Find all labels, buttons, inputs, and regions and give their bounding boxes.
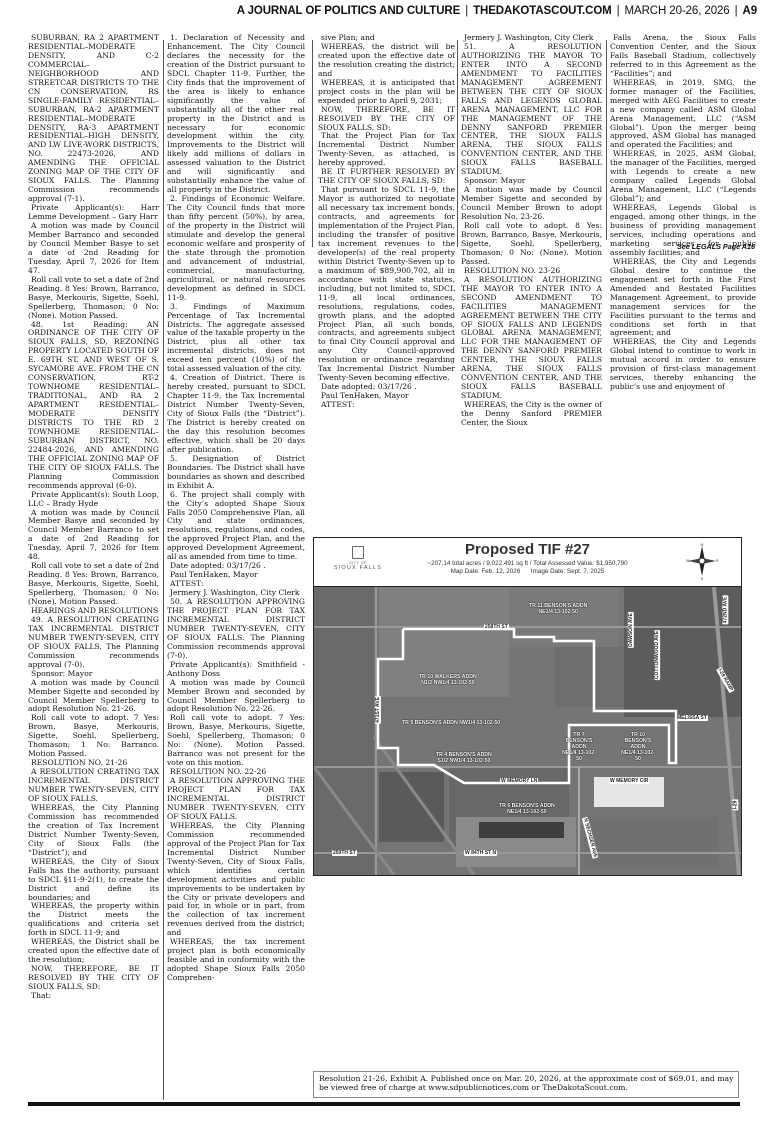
road-label: MELISSA ST <box>676 715 708 721</box>
paragraph: WHEREAS, the City Planning Commission ha… <box>28 804 159 858</box>
aerial-photo <box>314 587 741 875</box>
journal-tagline: A JOURNAL OF POLITICS AND CULTURE <box>237 5 461 17</box>
paragraph: Private Applicant(s): Harr Lemme Develop… <box>28 204 159 222</box>
paragraph: BE IT FURTHER RESOLVED BY THE CITY OF SI… <box>318 168 455 186</box>
map-stats: ~207.14 total acres / 9,022,491 sq ft / … <box>314 560 741 568</box>
paragraph: That: <box>28 992 159 1001</box>
parcel-label: TR 11 BENSON'S ADDNNE1/4 13-102-50 <box>529 603 587 615</box>
paragraph: WHEREAS, the City Planning Commission re… <box>167 822 305 938</box>
header-line: A JOURNAL OF POLITICS AND CULTURE|THEDAK… <box>237 5 757 17</box>
paragraph: 2. Findings of Economic Welfare. The Cit… <box>167 195 305 302</box>
paragraph: A RESOLUTION AUTHORIZING THE MAYOR TO EN… <box>461 276 602 401</box>
column-rule <box>163 40 164 1100</box>
paragraph: 3. Findings of Maximum Percentage of Tax… <box>167 303 305 375</box>
paragraph: A motion was made by Council Member Brow… <box>167 679 305 715</box>
compass-rose-icon: N W E S <box>685 542 719 580</box>
caption-text: Resolution 21-26, Exhibit A. Published o… <box>314 1072 738 1092</box>
aerial-image: TR 11 BENSON'S ADDNNE1/4 13-102-50 TR 10… <box>314 587 741 875</box>
road-label: 472ND AVE <box>722 596 728 625</box>
map-caption: Resolution 21-26, Exhibit A. Published o… <box>313 1071 739 1098</box>
paragraph: WHEREAS, it is anticipated that project … <box>318 79 455 106</box>
map-subtitle: ~207.14 total acres / 9,022,491 sq ft / … <box>314 560 741 576</box>
paragraph: ATTEST: <box>318 401 455 410</box>
column-3: sive Plan; andWHEREAS, the district will… <box>318 34 455 410</box>
map-title: Proposed TIF #27 <box>314 541 741 558</box>
parcel-label: TR 10 BENSON'S ADDNNE1/4 13-102-50 <box>621 732 655 762</box>
paragraph: That pursuant to SDCL 11-9, the Mayor is… <box>318 186 455 383</box>
paragraph: NOW, THEREFORE, BE IT RESOLVED BY THE CI… <box>28 965 159 992</box>
paragraph: Roll call vote to set a date of 2nd Read… <box>28 562 159 607</box>
column-1: SUBURBAN, RA 2 APARTMENT RESIDENTIAL–MOD… <box>28 34 159 1001</box>
paragraph: 51. A RESOLUTION AUTHORIZING THE MAYOR T… <box>461 43 602 177</box>
page-bottom-rule <box>28 1102 740 1106</box>
paragraph: A motion was made by Council Member Sige… <box>28 679 159 715</box>
parcel-label: TR 7 BENSON'S ADDNNE1/4 13-102-50 <box>562 732 596 762</box>
continuation-note: See LEGALS Page A16 <box>640 242 755 251</box>
paragraph: WHEREAS, the City is the owner of the De… <box>461 401 602 428</box>
column-rule <box>312 40 313 247</box>
paragraph: A motion was made by Council Member Basy… <box>28 509 159 563</box>
parcel-label: TR 4 BENSON'S ADDNS1/2 NW1/4 13-102-50 <box>436 752 492 764</box>
road-label: 258TH ST <box>484 624 509 630</box>
paragraph: NOW, THEREFORE, BE IT RESOLVED BY THE CI… <box>318 106 455 133</box>
paragraph: SUBURBAN, RA 2 APARTMENT RESIDENTIAL–MOD… <box>28 34 159 204</box>
paragraph: WHEREAS, in 2019, SMG, the former manage… <box>610 79 756 151</box>
paragraph: That the Project Plan for Tax Incrementa… <box>318 132 455 168</box>
road-label: COTTONWOOD AVE <box>654 630 660 680</box>
parcel-label: TR 6 BENSON'S ADDNNE1/4 13-102-50 <box>499 803 555 815</box>
road-label: W MEMORY LN <box>500 778 538 784</box>
paragraph: WHEREAS, the property within the Distric… <box>28 902 159 938</box>
divider: | <box>465 5 468 17</box>
paragraph: Private Applicant(s): South Loop, LLC – … <box>28 491 159 509</box>
column-4: Jermery J. Washington, City Clerk51. A R… <box>461 34 602 428</box>
paragraph: A motion was made by Council Member Barr… <box>28 222 159 276</box>
divider: | <box>735 5 738 17</box>
paragraph: Roll call vote to adopt. 7 Yes: Brown, B… <box>167 714 305 768</box>
paragraph: A motion was made by Council Member Sige… <box>461 186 602 222</box>
road-label: DAWSON AVE <box>628 612 634 648</box>
paragraph: Roll call vote to set a date of 2nd Read… <box>28 276 159 321</box>
paragraph: WHEREAS, the District shall be created u… <box>28 938 159 965</box>
tif-map: CITY OF SIOUX FALLS Proposed TIF #27 ~20… <box>313 537 742 876</box>
map-date: Map Date: Feb. 12, 2026 <box>451 568 521 575</box>
site-name: THEDAKOTASCOUT.COM <box>473 5 612 17</box>
paragraph: A RESOLUTION CREATING TAX INCREMENTAL DI… <box>28 768 159 804</box>
map-header: CITY OF SIOUX FALLS Proposed TIF #27 ~20… <box>314 538 741 587</box>
road-label: W MEMORY CIR <box>609 778 649 784</box>
road-label: 259TH ST <box>332 850 357 856</box>
paragraph: WHEREAS, the City and Legends Global des… <box>610 258 756 339</box>
column-2: 1. Declaration of Necessity and Enhancem… <box>167 34 305 983</box>
paragraph: WHEREAS, the district will be created up… <box>318 43 455 79</box>
page-number: A9 <box>742 5 757 17</box>
parcel-label: TR 5 BENSON'S ADDN NW1/4 13-102-50 <box>402 720 500 726</box>
paragraph: 48. 1st Reading: AN ORDINANCE OF THE CIT… <box>28 321 159 491</box>
column-rule <box>457 40 458 247</box>
svg-text:N: N <box>701 542 704 547</box>
paragraph: 5. Designation of District Boundaries. T… <box>167 455 305 491</box>
paragraph: WHEREAS, the City of Sioux Falls has the… <box>28 858 159 903</box>
column-5: Falls Arena, the Sioux Falls Convention … <box>610 34 756 392</box>
paragraph: Roll call vote to adopt. 8 Yes: Brown, B… <box>461 222 602 267</box>
paragraph: WHEREAS, in 2025, ASM Global, the manage… <box>610 150 756 204</box>
paragraph: Falls Arena, the Sioux Falls Convention … <box>610 34 756 79</box>
map-dates: Map Date: Feb. 12, 2026 Image Date: Sept… <box>314 568 741 576</box>
paragraph: 50. A RESOLUTION APPROVING THE PROJECT P… <box>167 598 305 661</box>
paragraph: A RESOLUTION APPROVING THE PROJECT PLAN … <box>167 777 305 822</box>
divider: | <box>617 5 620 17</box>
svg-text:S: S <box>701 576 704 580</box>
paragraph: 49. A RESOLUTION CREATING TAX INCREMENTA… <box>28 616 159 670</box>
road-label: W 84TH ST N <box>464 850 497 856</box>
image-date: Image Date: Sept. 7, 2025 <box>531 568 605 575</box>
paragraph: WHEREAS, the City and Legends Global int… <box>610 338 756 392</box>
paragraph: 6. The project shall comply with the Cit… <box>167 491 305 563</box>
paragraph: 1. Declaration of Necessity and Enhancem… <box>167 34 305 195</box>
issue-date: MARCH 20-26, 2026 <box>625 5 730 17</box>
page-header: A JOURNAL OF POLITICS AND CULTURE|THEDAK… <box>0 0 765 22</box>
paragraph: Roll call vote to adopt. 7 Yes: Brown, B… <box>28 714 159 759</box>
paragraph: 4. Creation of District. There is hereby… <box>167 374 305 455</box>
road-label: I-29 <box>732 800 738 811</box>
parcel-label: TR 10 WALKERS ADDNN1/2 NW1/4 13-102-50 <box>419 674 477 686</box>
road-label: 471ST AVE <box>375 696 381 724</box>
svg-text:W: W <box>686 558 690 563</box>
column-rule <box>606 40 607 240</box>
paragraph: Private Applicant(s): Smithfield - Antho… <box>167 661 305 679</box>
svg-text:E: E <box>716 558 719 563</box>
paragraph: WHEREAS, the tax increment project plan … <box>167 938 305 983</box>
